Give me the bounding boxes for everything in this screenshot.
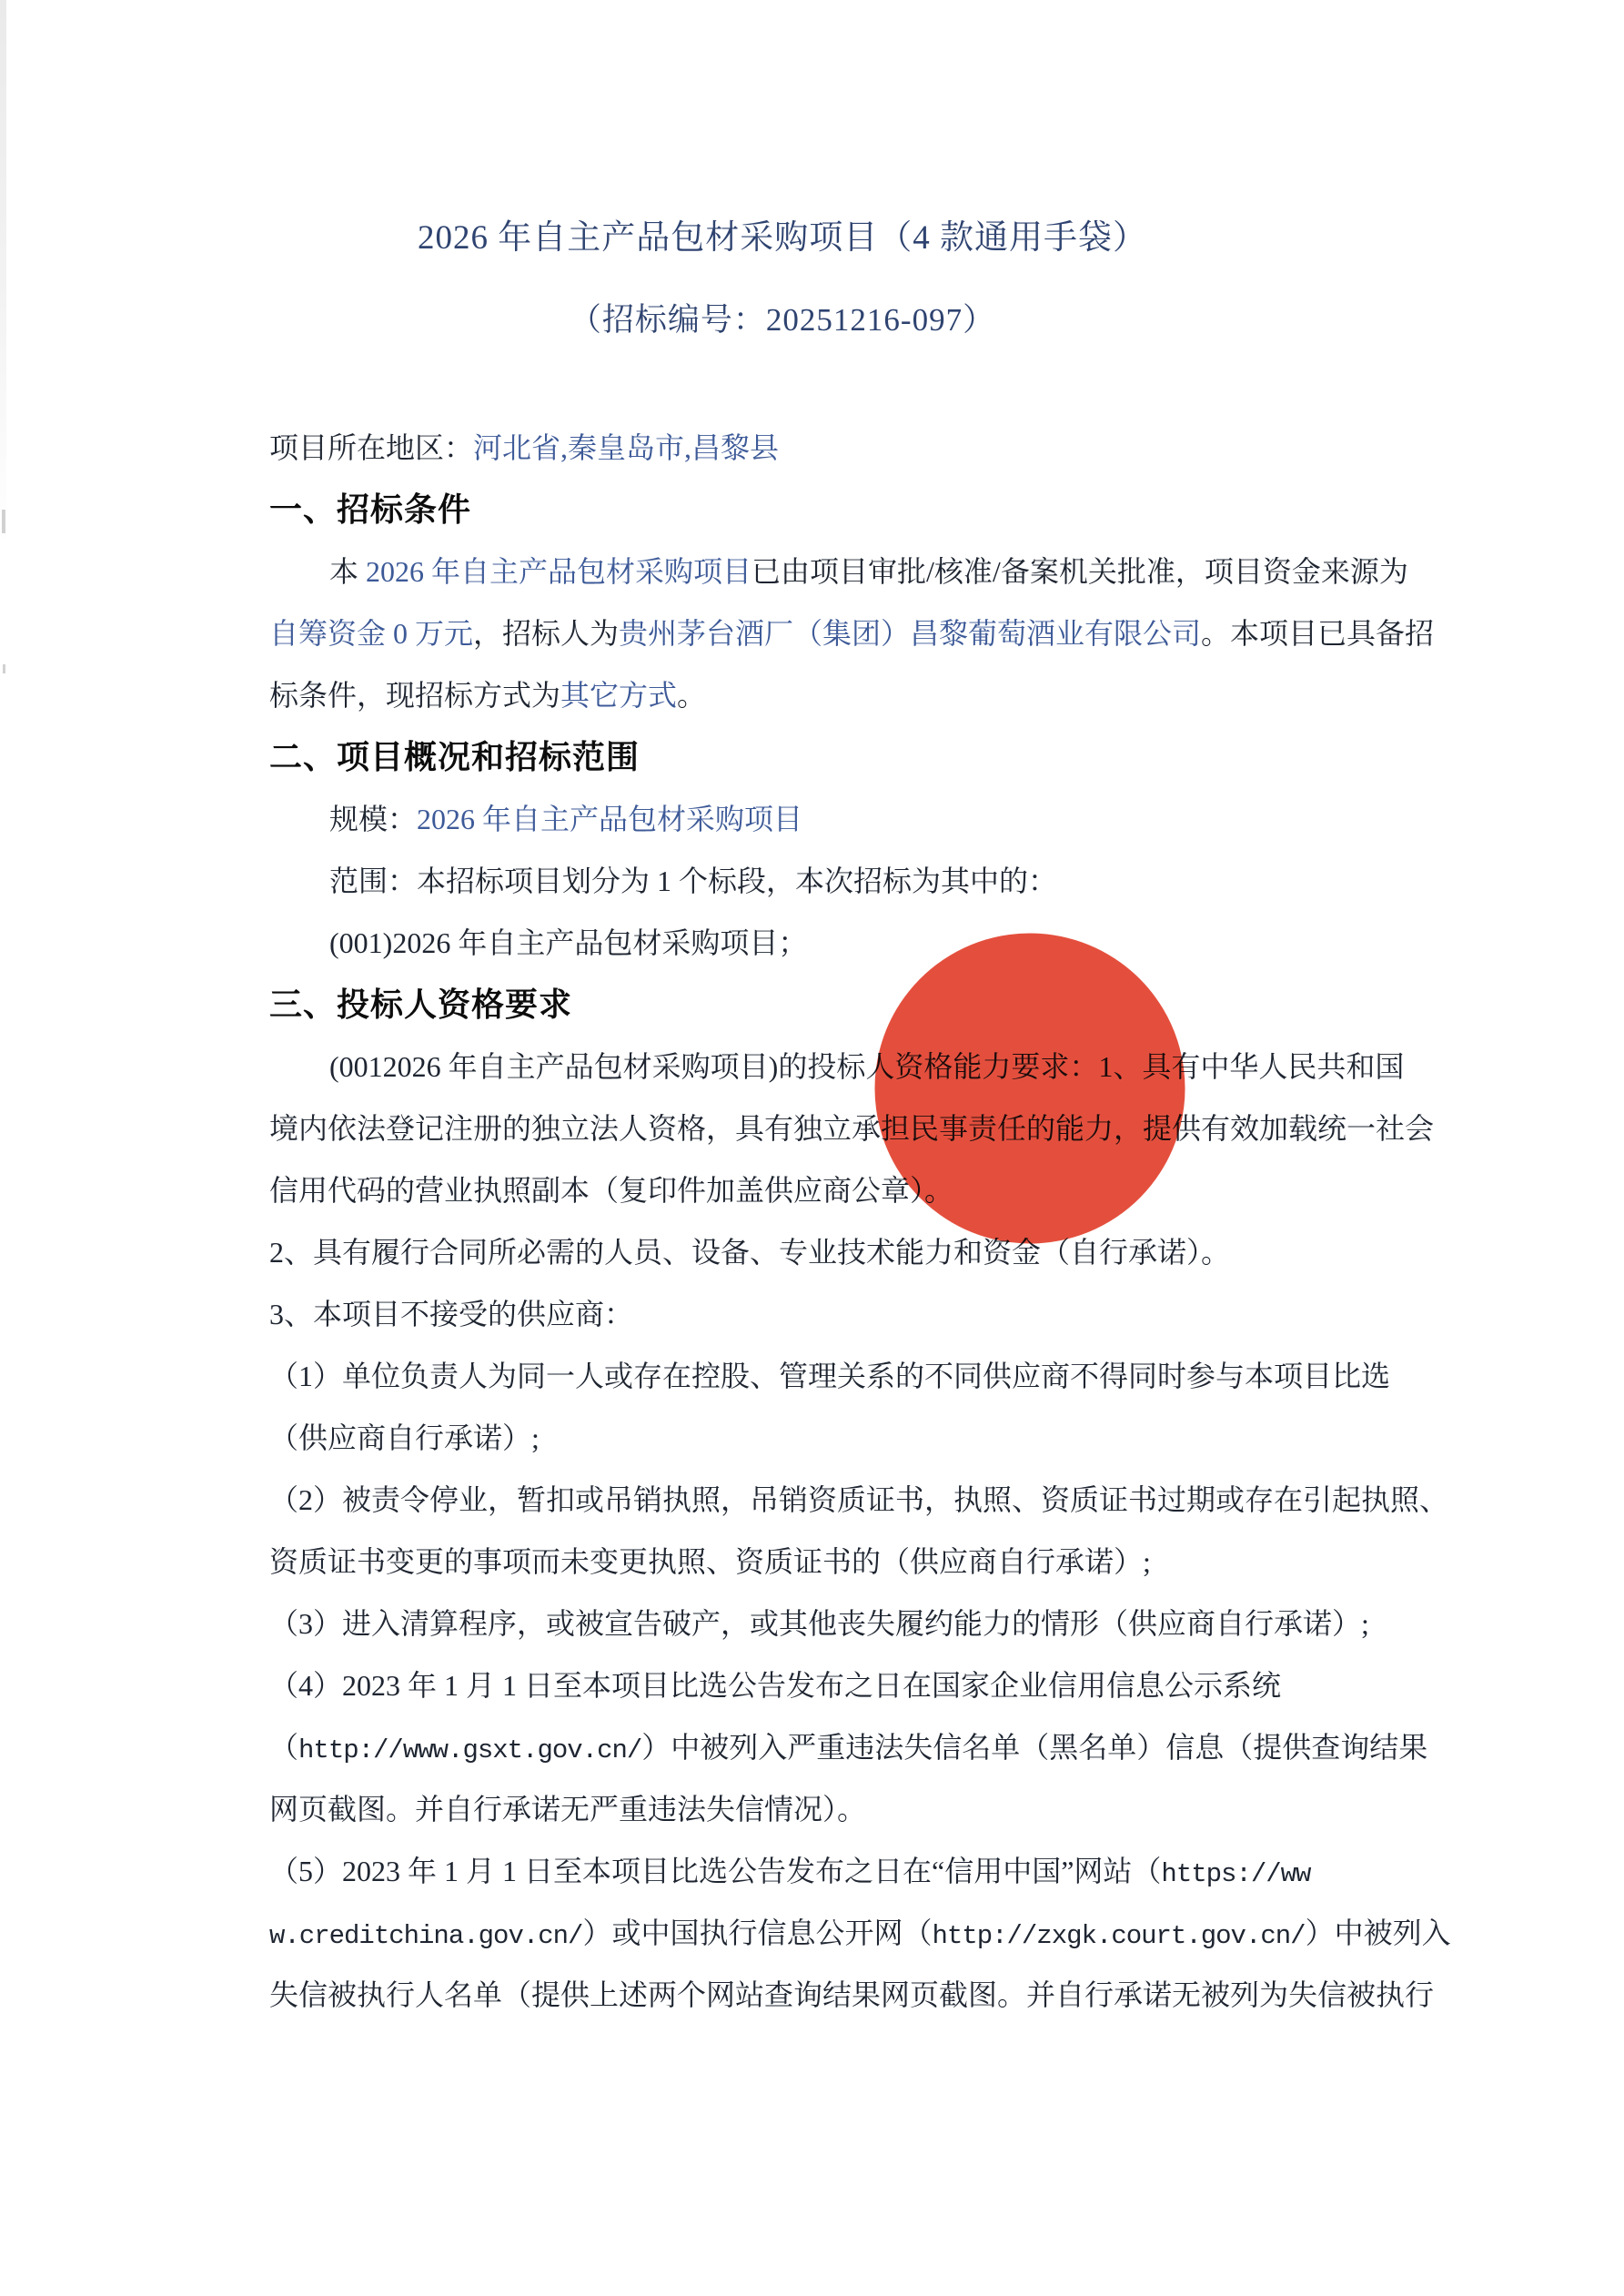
text-segment: 三、投标人资格要求 — [269, 986, 572, 1023]
text-segment: 标条件，现招标方式为 — [269, 679, 560, 712]
doc-line: （供应商自行承诺）; — [269, 1407, 1381, 1469]
text-segment: 网页截图。并自行承诺无严重违法失信情况）。 — [269, 1793, 866, 1826]
url-text: http://zxgk.court.gov.cn/ — [932, 1921, 1305, 1951]
highlighted-text: 2026 年自主产品包材采购项目 — [417, 803, 802, 835]
highlighted-text: 其它方式 — [560, 679, 677, 712]
doc-line: （1）单位负责人为同一人或存在控股、管理关系的不同供应商不得同时参与本项目比选 — [269, 1345, 1381, 1407]
text-segment: ）或中国执行信息公开网（ — [582, 1917, 932, 1949]
text-segment: 二、项目概况和招标范围 — [269, 738, 640, 775]
text-segment: 资质证书变更的事项而未变更执照、资质证书的（供应商自行承诺）; — [269, 1545, 1151, 1578]
text-segment: （4）2023 年 1 月 1 日至本项目比选公告发布之日在国家企业信用信息公示… — [269, 1669, 1281, 1702]
text-segment: 3、本项目不接受的供应商： — [269, 1298, 633, 1330]
text-segment: （供应商自行承诺）; — [269, 1421, 540, 1454]
url-text: http://www.gsxt.gov.cn/ — [298, 1735, 641, 1765]
doc-line: 规模：2026 年自主产品包材采购项目 — [269, 788, 1381, 850]
text-segment: 本 — [329, 555, 366, 588]
text-segment: （5）2023 年 1 月 1 日至本项目比选公告发布之日在“信用中国”网站（ — [269, 1855, 1161, 1887]
highlighted-text: 河北省,秦皇岛市,昌黎县 — [473, 431, 779, 464]
doc-line: 标条件，现招标方式为其它方式。 — [269, 664, 1381, 726]
text-segment: （2）被责令停业，暂扣或吊销执照，吊销资质证书，执照、资质证书过期或存在引起执照… — [269, 1483, 1448, 1516]
text-segment: （3）进入清算程序，或被宣告破产，或其他丧失履约能力的情形（供应商自行承诺）; — [269, 1607, 1369, 1640]
highlighted-text: 贵州茅台酒厂（集团）昌黎葡萄酒业有限公司 — [619, 617, 1201, 650]
doc-line: 资质证书变更的事项而未变更执照、资质证书的（供应商自行承诺）; — [269, 1531, 1381, 1593]
title-block: 2026 年自主产品包材采购项目（4 款通用手袋） （招标编号：20251216… — [268, 218, 1296, 340]
doc-line: 自筹资金 0 万元，招标人为贵州茅台酒厂（集团）昌黎葡萄酒业有限公司。本项目已具… — [269, 602, 1381, 664]
text-segment: ）中被列入 — [1306, 1917, 1451, 1949]
company-seal: 贵州茅台酒厂（集团）昌黎葡萄酒业有限公司 1303220935761 — [830, 888, 1230, 1289]
text-segment: 。本项目已具备招 — [1201, 617, 1434, 650]
document-title: 2026 年自主产品包材采购项目（4 款通用手袋） — [268, 218, 1296, 258]
section-heading: 二、项目概况和招标范围 — [269, 726, 1381, 788]
scanned-document-page: { "colors": { "title_navy": "#2e4370", "… — [0, 0, 1624, 2296]
section-heading: 一、招标条件 — [269, 479, 1381, 541]
text-segment: 。 — [677, 679, 706, 712]
doc-line: 项目所在地区：河北省,秦皇岛市,昌黎县 — [269, 417, 1381, 479]
doc-line: （3）进入清算程序，或被宣告破产，或其他丧失履约能力的情形（供应商自行承诺）; — [269, 1593, 1381, 1654]
highlighted-text: 自筹资金 0 万元 — [269, 617, 473, 650]
text-segment: 规模： — [329, 803, 417, 835]
text-segment: （1）单位负责人为同一人或存在控股、管理关系的不同供应商不得同时参与本项目比选 — [269, 1360, 1390, 1392]
doc-line: w.creditchina.gov.cn/）或中国执行信息公开网（http://… — [269, 1902, 1381, 1964]
text-segment: 已由项目审批/核准/备案机关批准，项目资金来源为 — [751, 555, 1408, 588]
tender-number: （招标编号：20251216-097） — [268, 295, 1296, 340]
text-segment: 失信被执行人名单（提供上述两个网站查询结果网页截图。并自行承诺无被列为失信被执行 — [269, 1978, 1434, 2011]
text-segment: ）中被列入严重违法失信名单（黑名单）信息（提供查询结果 — [641, 1731, 1427, 1764]
url-text: w.creditchina.gov.cn/ — [269, 1921, 582, 1951]
doc-line: （http://www.gsxt.gov.cn/）中被列入严重违法失信名单（黑名… — [269, 1716, 1381, 1778]
text-segment: 一、招标条件 — [269, 491, 471, 528]
highlighted-text: 2026 年自主产品包材采购项目 — [366, 555, 751, 588]
scan-edge-artifact — [0, 0, 6, 546]
doc-line: （2）被责令停业，暂扣或吊销执照，吊销资质证书，执照、资质证书过期或存在引起执照… — [269, 1469, 1381, 1531]
doc-line: 3、本项目不接受的供应商： — [269, 1283, 1381, 1345]
text-segment: 项目所在地区： — [269, 431, 473, 464]
text-segment: (001)2026 年自主产品包材采购项目； — [329, 926, 807, 959]
url-text: https://ww — [1161, 1859, 1310, 1889]
doc-line: 网页截图。并自行承诺无严重违法失信情况）。 — [269, 1778, 1381, 1840]
doc-line: （4）2023 年 1 月 1 日至本项目比选公告发布之日在国家企业信用信息公示… — [269, 1654, 1381, 1716]
scan-speck — [2, 510, 5, 533]
text-segment: ，招标人为 — [473, 617, 619, 650]
doc-line: （5）2023 年 1 月 1 日至本项目比选公告发布之日在“信用中国”网站（h… — [269, 1840, 1381, 1902]
scan-speck — [3, 664, 5, 673]
doc-line: 失信被执行人名单（提供上述两个网站查询结果网页截图。并自行承诺无被列为失信被执行 — [269, 1964, 1381, 2026]
text-segment: （ — [269, 1731, 298, 1764]
doc-line: 本 2026 年自主产品包材采购项目已由项目审批/核准/备案机关批准，项目资金来… — [269, 541, 1381, 602]
